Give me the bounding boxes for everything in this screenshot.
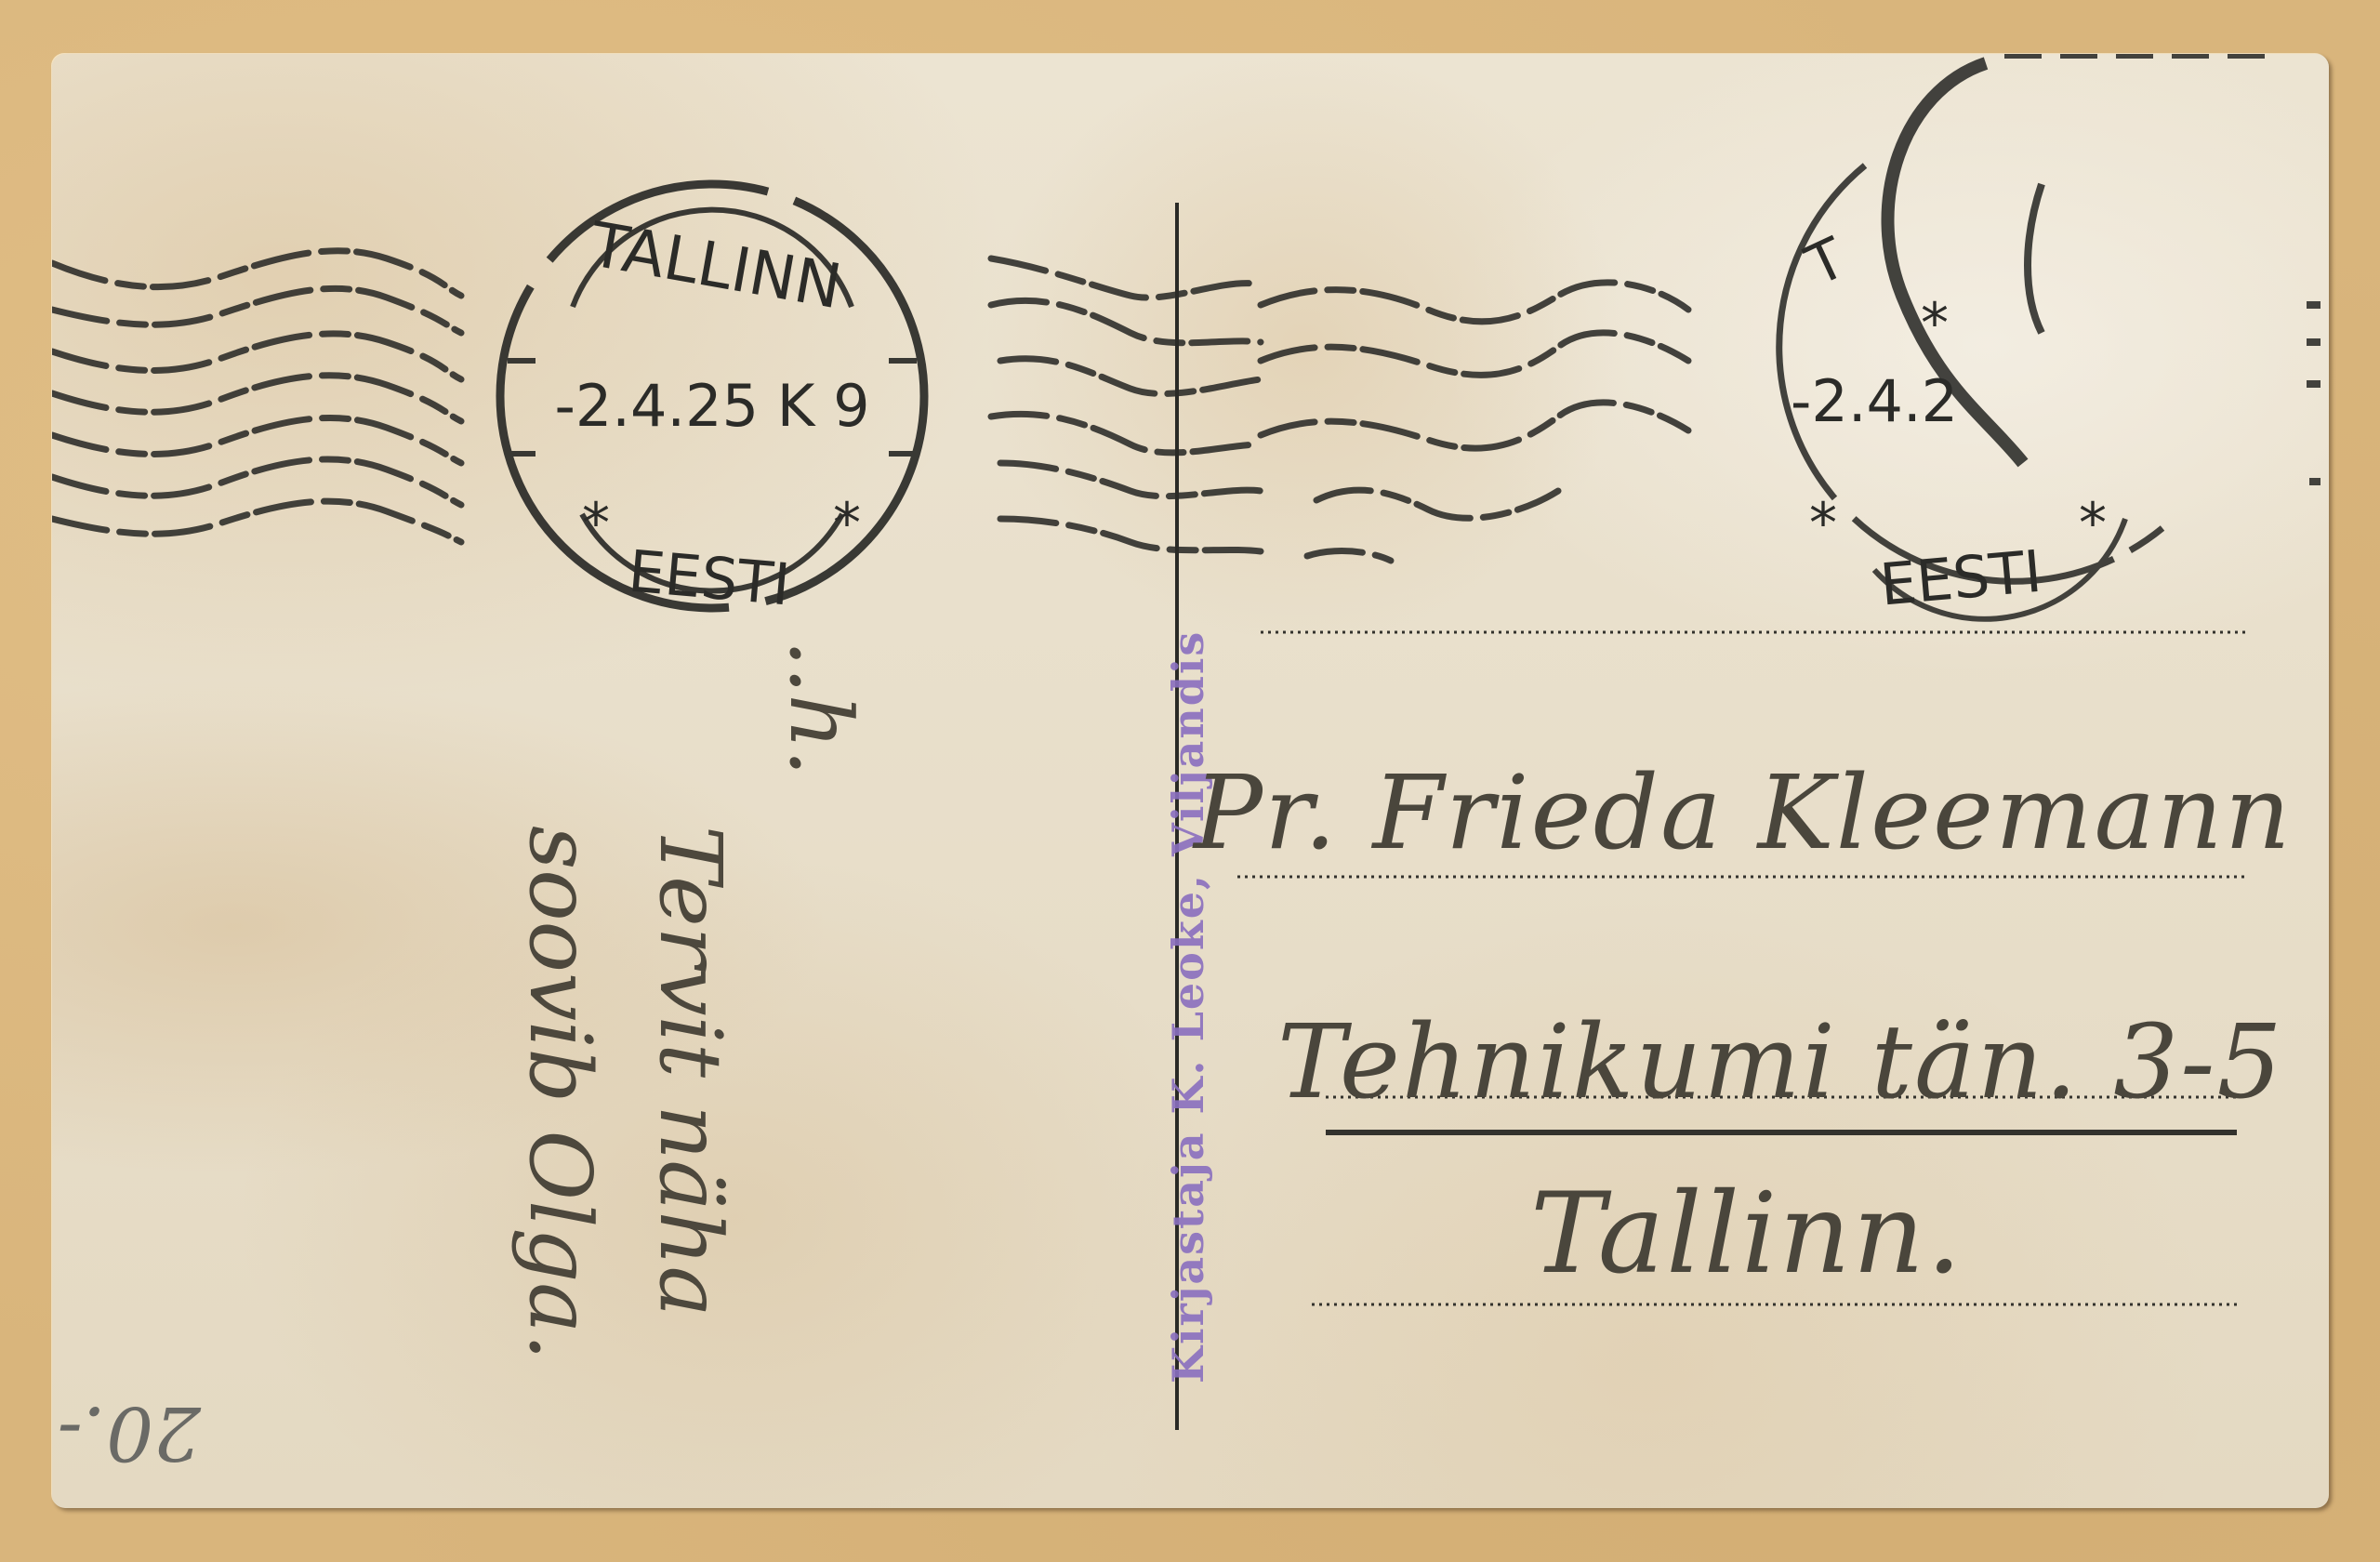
publisher-stamp: Kirjastaja K. Leoke, Viljandis bbox=[1163, 630, 1213, 1383]
address-street: Tehnikumi tän. 3-5 bbox=[1277, 1002, 2283, 1121]
svg-text:T: T bbox=[1796, 226, 1856, 300]
message-line-2: Tervit näha bbox=[641, 826, 740, 1317]
postmark-right bbox=[1779, 54, 2320, 619]
postmark-left-date: -2.4.25 K 9 bbox=[554, 372, 869, 440]
svg-text:*: * bbox=[833, 491, 861, 556]
svg-text:*: * bbox=[1921, 291, 1949, 356]
postmark-left-country: EESTI bbox=[626, 537, 793, 619]
svg-text:*: * bbox=[1809, 491, 1837, 556]
svg-text:*: * bbox=[2079, 491, 2107, 556]
address-recipient: Pr. Frieda Kleemann bbox=[1194, 753, 2293, 872]
postmark-right-country: EESTI bbox=[1877, 537, 2044, 619]
postcard: TALLINN -2.4.25 K 9 EESTI * * T -2.4.2 E… bbox=[52, 54, 2329, 1508]
postmark-left-city: TALLINN bbox=[584, 208, 846, 323]
address-city: Tallinn. bbox=[1530, 1170, 1963, 1299]
postmark-right-date: -2.4.2 bbox=[1791, 367, 1958, 435]
pencil-price-note: 20.- bbox=[58, 1390, 201, 1476]
message-line-3: soovib Olga. bbox=[510, 826, 610, 1360]
svg-text:*: * bbox=[582, 491, 610, 556]
message-line-1: ..h. bbox=[771, 640, 870, 776]
